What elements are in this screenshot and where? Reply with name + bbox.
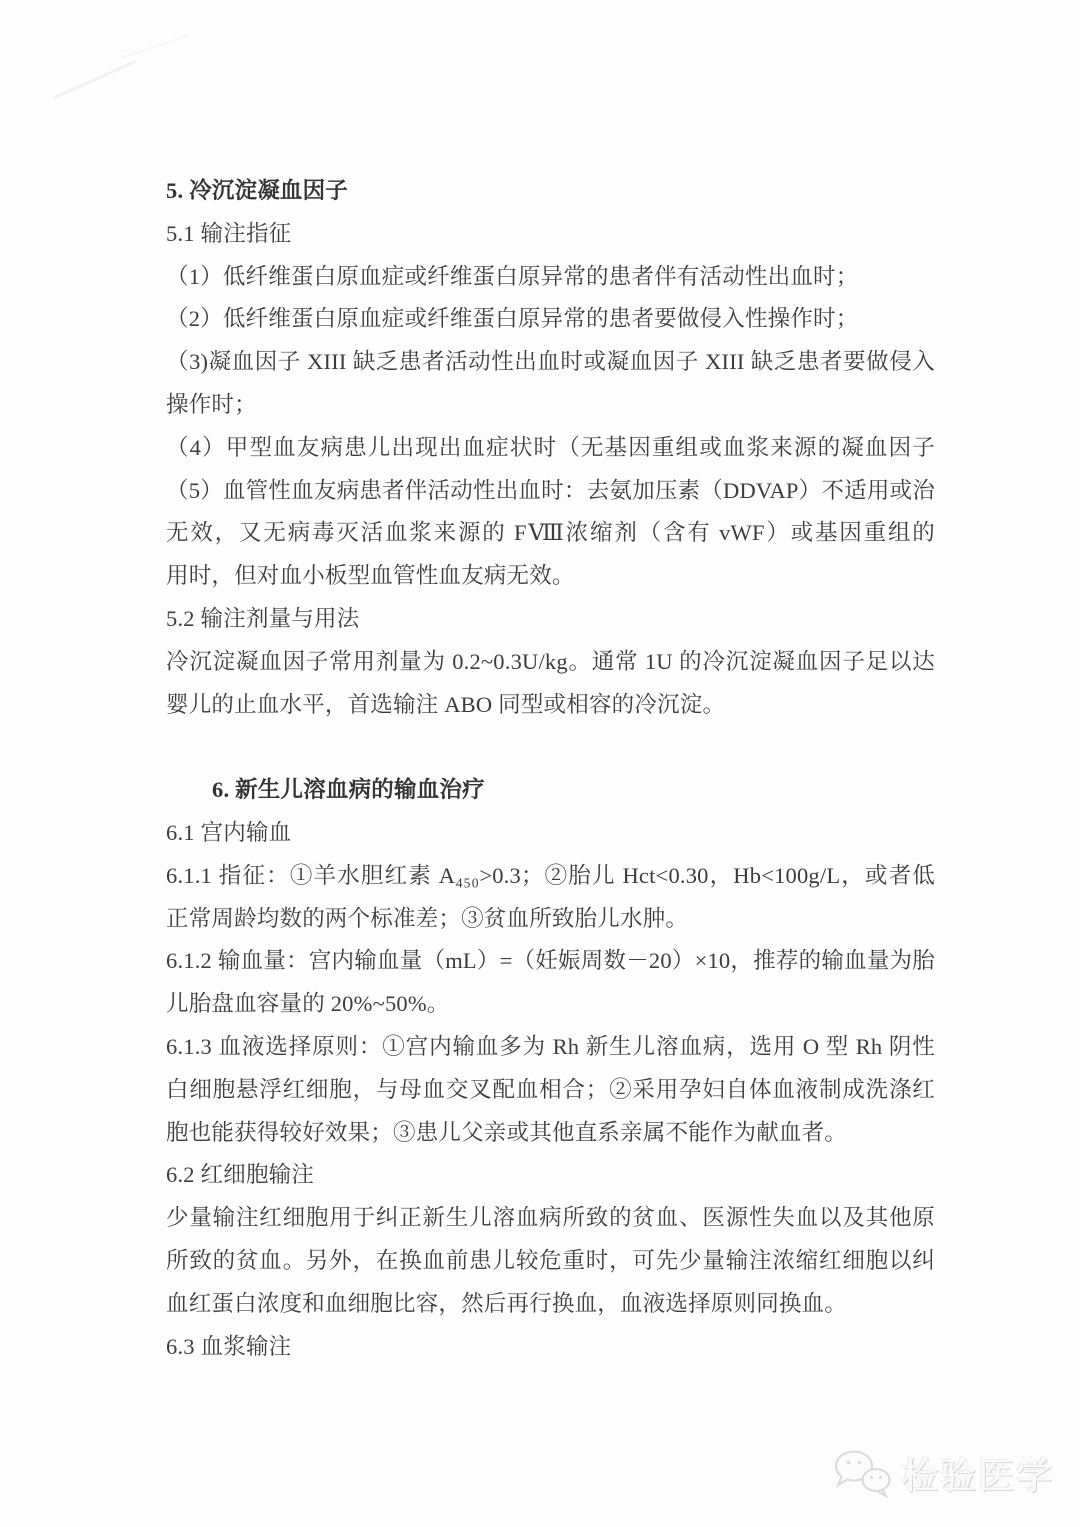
document-line: 6.1.2 输血量：宫内输血量（mL）=（妊娠周数－20）×10，推荐的输血量为… — [166, 940, 935, 983]
document-line: （5）血管性血友病患者伴活动性出血时：去氨加压素（DDVAP）不适用或治疗 — [166, 470, 935, 513]
document-line: （3)凝血因子 XIII 缺乏患者活动性出血时或凝血因子 XIII 缺乏患者要做… — [166, 341, 935, 384]
section-heading: 6. 新生儿溶血病的输血治疗 — [166, 769, 935, 812]
document-line: 白细胞悬浮红细胞，与母血交叉配血相合；②采用孕妇自体血液制成洗涤红细 — [166, 1069, 935, 1112]
document-line: 6.1.1 指征：①羊水胆红素 A₄₅₀>0.3；②胎儿 Hct<0.30，Hb… — [166, 855, 935, 898]
watermark-label: 检验医学 — [902, 1448, 1054, 1499]
document-line: 6.2 红细胞输注 — [166, 1154, 935, 1197]
watermark: 检验医学 — [832, 1447, 1054, 1499]
wechat-icon — [832, 1447, 894, 1499]
section-heading: 5. 冷沉淀凝血因子 — [166, 170, 935, 213]
document-line: 冷沉淀凝血因子常用剂量为 0.2~0.3U/kg。通常 1U 的冷沉淀凝血因子足… — [166, 641, 935, 684]
document-line: 5.2 输注剂量与用法 — [166, 598, 935, 641]
document-line — [166, 726, 935, 769]
document-line: 少量输注红细胞用于纠正新生儿溶血病所致的贫血、医源性失血以及其他原因 — [166, 1197, 935, 1240]
document-line: （2）低纤维蛋白原血症或纤维蛋白原异常的患者要做侵入性操作时； — [166, 298, 935, 341]
document-line: 6.1 宫内输血 — [166, 812, 935, 855]
document-line: 正常周龄均数的两个标准差；③贫血所致胎儿水肿。 — [166, 898, 935, 941]
document-body: 5. 冷沉淀凝血因子5.1 输注指征（1）低纤维蛋白原血症或纤维蛋白原异常的患者… — [166, 170, 935, 1368]
document-line: （1）低纤维蛋白原血症或纤维蛋白原异常的患者伴有活动性出血时； — [166, 256, 935, 299]
document-line: 6.3 血浆输注 — [166, 1326, 935, 1369]
document-line: （4）甲型血友病患儿出现出血症状时（无基因重组或血浆来源的凝血因子Ⅷ）； — [166, 427, 935, 470]
document-line: 用时，但对血小板型血管性血友病无效。 — [166, 555, 935, 598]
document-line: 5.1 输注指征 — [166, 213, 935, 256]
document-line: 血红蛋白浓度和血细胞比容，然后再行换血，血液选择原则同换血。 — [166, 1283, 935, 1326]
document-line: 无效，又无病毒灭活血浆来源的 FⅧ浓缩剂（含有 vWF）或基因重组的 vWF 可 — [166, 512, 935, 555]
scan-crinkle-mark — [53, 60, 136, 99]
document-page: 5. 冷沉淀凝血因子5.1 输注指征（1）低纤维蛋白原血症或纤维蛋白原异常的患者… — [0, 0, 1080, 1527]
document-line: 操作时； — [166, 384, 935, 427]
document-line: 婴儿的止血水平，首选输注 ABO 同型或相容的冷沉淀。 — [166, 684, 935, 727]
document-line: 胞也能获得较好效果；③患儿父亲或其他直系亲属不能作为献血者。 — [166, 1112, 935, 1155]
document-line: 儿胎盘血容量的 20%~50%。 — [166, 983, 935, 1026]
scan-crinkle-mark — [119, 35, 188, 59]
document-line: 6.1.3 血液选择原则：①宫内输血多为 Rh 新生儿溶血病，选用 O 型 Rh… — [166, 1026, 935, 1069]
document-line: 所致的贫血。另外，在换血前患儿较危重时，可先少量输注浓缩红细胞以纠正 — [166, 1240, 935, 1283]
